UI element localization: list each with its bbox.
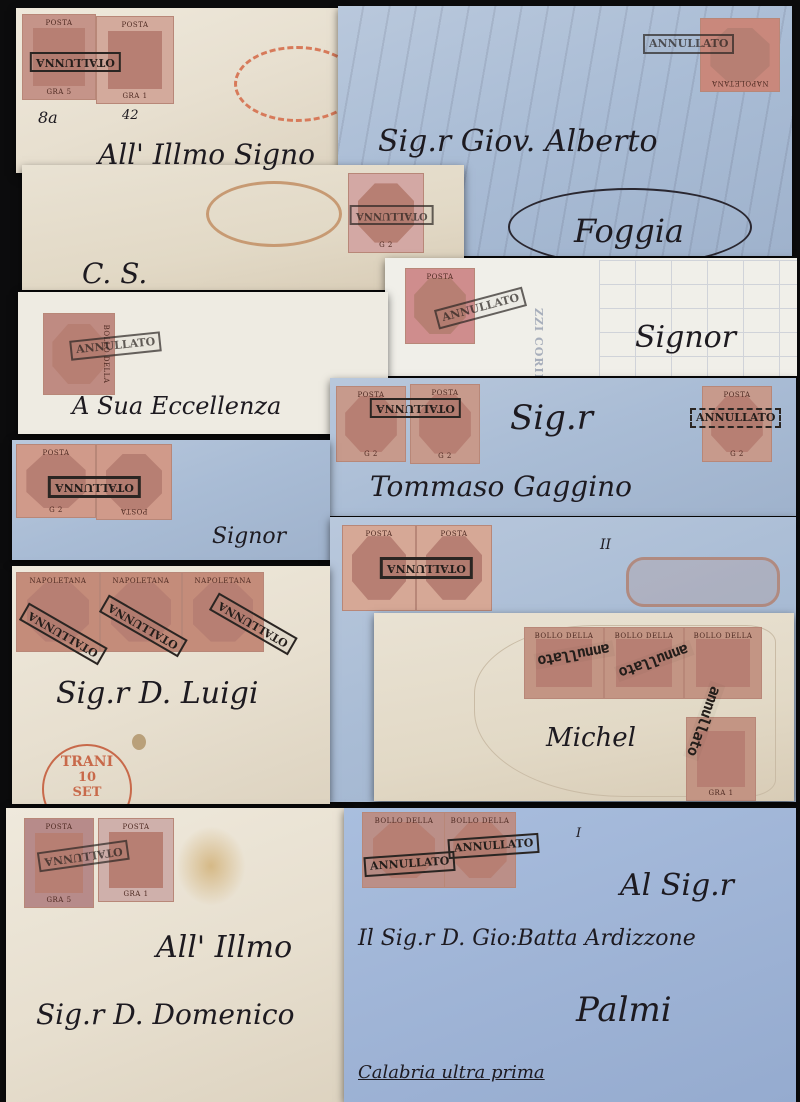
stain bbox=[132, 734, 146, 750]
address-text: All' Illmo Signo bbox=[98, 138, 315, 171]
annullato-cancel: OTALLUNNA bbox=[380, 557, 473, 579]
annotation-8a: 8a bbox=[38, 108, 58, 127]
destination-text: Foggia bbox=[574, 212, 684, 250]
address-line1: All' Illmo bbox=[156, 930, 292, 965]
address-text: C. S. bbox=[82, 257, 147, 290]
region-text: Calabria ultra prima bbox=[358, 1062, 545, 1083]
cover-1: POSTA GRA 5 POSTA GRA 1 OTALLUNNA 8a 42 … bbox=[16, 8, 346, 173]
stamp-g-2: NAPOLETANA bbox=[700, 18, 780, 92]
cover-12: BOLLO DELLA BOLLO DELLA ANNULLATO ANNULL… bbox=[344, 808, 796, 1102]
brown-oval-handstamp bbox=[206, 181, 342, 247]
annullato-cancel: OTALLUNNA bbox=[30, 52, 121, 72]
stamp-g-2: POSTA G 2 bbox=[410, 384, 480, 464]
address-text: Sig.r D. Luigi bbox=[56, 676, 258, 711]
stamp-g-2: BOLLO DELLA bbox=[362, 812, 446, 888]
annullato-cancel: ANNULLATO bbox=[690, 408, 781, 428]
annullato-cancel: ANNULLATO bbox=[643, 34, 734, 54]
numeral-text: I bbox=[576, 826, 581, 841]
address-text: Signor bbox=[212, 524, 286, 549]
cover-7: POSTA G 2 POSTA OTALLUNNA Signor bbox=[12, 440, 330, 560]
address-line1: Al Sig.r bbox=[620, 868, 734, 903]
ledger-grid bbox=[599, 260, 797, 376]
numeral-text: II bbox=[600, 537, 611, 553]
cover-9: NAPOLETANA NAPOLETANA NAPOLETANA OTALLUN… bbox=[12, 566, 330, 804]
address-line2: Il Sig.r D. Gio:Batta Ardizzone bbox=[358, 926, 696, 951]
red-oval-handstamp bbox=[234, 46, 346, 122]
cover-6: POSTA G 2 POSTA G 2 OTALLUNNA POSTA G 2 … bbox=[330, 378, 796, 516]
address-text: A Sua Eccellenza bbox=[72, 392, 281, 420]
cover-4: ZZI CORINTO POSTA ANNULLATO Signor bbox=[385, 258, 797, 376]
annullato-cancel: OTALLUNNA bbox=[48, 476, 141, 498]
address-text: Michel bbox=[546, 723, 636, 753]
side-text: ZZI CORINTO bbox=[532, 308, 545, 376]
address-text: Sig.r bbox=[510, 398, 593, 438]
annullato-cancel: OTALLUNNA bbox=[370, 398, 461, 418]
brown-oval-handstamp bbox=[626, 557, 780, 607]
cover-11: POSTA GRA 5 POSTA GRA 1 OTALLUNNA All' I… bbox=[6, 808, 346, 1102]
annullato-cancel: OTALLUNNA bbox=[350, 205, 434, 225]
address-line2: Sig.r D. Domenico bbox=[36, 998, 294, 1031]
address-text: Sig.r Giov. Alberto bbox=[378, 124, 658, 159]
destination-text: Palmi bbox=[576, 990, 672, 1030]
annotation-42: 42 bbox=[122, 108, 139, 123]
cover-10: BOLLO DELLA BOLLO DELLA BOLLO DELLA GRA … bbox=[374, 613, 794, 801]
trani-postmark: TRANI 10 SET bbox=[42, 744, 132, 804]
destination-text: Tommaso Gaggino bbox=[370, 470, 632, 503]
address-text: Signor bbox=[635, 320, 736, 355]
stain bbox=[176, 826, 246, 906]
